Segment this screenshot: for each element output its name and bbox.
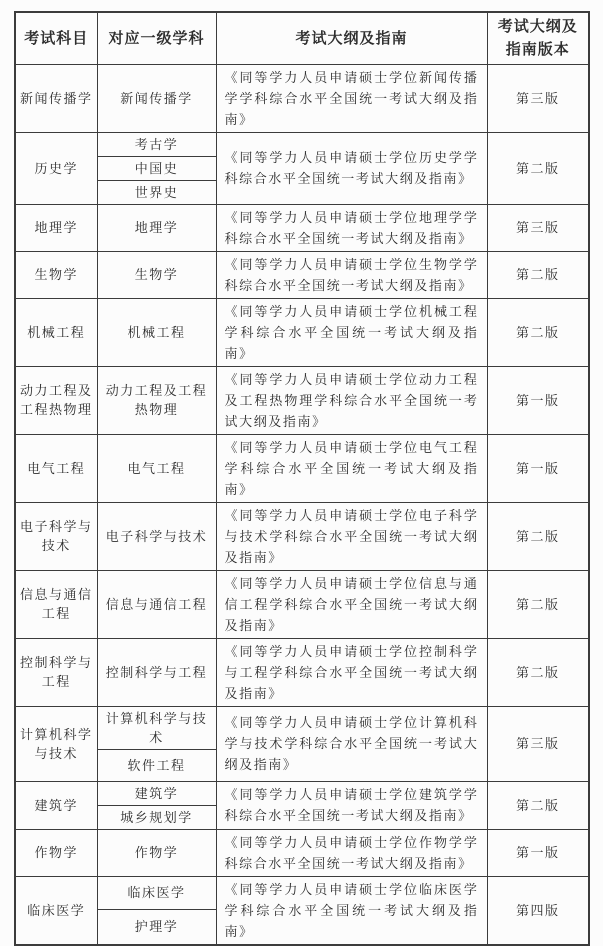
subject-cell: 信息与通信工程 [15, 570, 97, 638]
discipline-cell: 计算机科学与技术 [97, 706, 216, 749]
version-cell: 第二版 [487, 251, 589, 298]
guide-cell: 《同等学力人员申请硕士学位动力工程及工程热物理学科综合水平全国统一考试大纲及指南… [216, 366, 487, 434]
table-row: 历史学 考古学 《同等学力人员申请硕士学位历史学学科综合水平全国统一考试大纲及指… [15, 132, 589, 156]
discipline-cell: 信息与通信工程 [97, 570, 216, 638]
discipline-cell: 建筑学 [97, 781, 216, 805]
table-row: 控制科学与工程 控制科学与工程 《同等学力人员申请硕士学位控制科学与工程学科综合… [15, 638, 589, 706]
subject-cell: 作物学 [15, 829, 97, 876]
guide-cell: 《同等学力人员申请硕士学位生物学学科综合水平全国统一考试大纲及指南》 [216, 251, 487, 298]
discipline-cell: 动力工程及工程热物理 [97, 366, 216, 434]
subject-cell: 动力工程及工程热物理 [15, 366, 97, 434]
subject-cell: 控制科学与工程 [15, 638, 97, 706]
discipline-cell: 城乡规划学 [97, 805, 216, 829]
subject-cell: 新闻传播学 [15, 64, 97, 132]
guide-cell: 《同等学力人员申请硕士学位信息与通信工程学科综合水平全国统一考试大纲及指南》 [216, 570, 487, 638]
subject-cell: 历史学 [15, 132, 97, 204]
table-row: 新闻传播学 新闻传播学 《同等学力人员申请硕士学位新闻传播学学科综合水平全国统一… [15, 64, 589, 132]
guide-cell: 《同等学力人员申请硕士学位作物学学科综合水平全国统一考试大纲及指南》 [216, 829, 487, 876]
header-discipline: 对应一级学科 [97, 12, 216, 64]
version-cell: 第二版 [487, 638, 589, 706]
table-row: 电气工程 电气工程 《同等学力人员申请硕士学位电气工程学科综合水平全国统一考试大… [15, 434, 589, 502]
version-cell: 第二版 [487, 781, 589, 829]
discipline-cell: 作物学 [97, 829, 216, 876]
document-page: 考试科目 对应一级学科 考试大纲及指南 考试大纲及指南版本 新闻传播学 新闻传播… [0, 0, 603, 829]
guide-cell: 《同等学力人员申请硕士学位建筑学学科综合水平全国统一考试大纲及指南》 [216, 781, 487, 829]
discipline-cell: 控制科学与工程 [97, 638, 216, 706]
discipline-cell: 世界史 [97, 180, 216, 204]
subject-cell: 机械工程 [15, 298, 97, 366]
guide-cell: 《同等学力人员申请硕士学位历史学学科综合水平全国统一考试大纲及指南》 [216, 132, 487, 204]
discipline-cell: 地理学 [97, 204, 216, 251]
header-row: 考试科目 对应一级学科 考试大纲及指南 考试大纲及指南版本 [15, 12, 589, 64]
version-cell: 第一版 [487, 434, 589, 502]
subject-cell: 电气工程 [15, 434, 97, 502]
header-exam-subject: 考试科目 [15, 12, 97, 64]
guide-cell: 《同等学力人员申请硕士学位控制科学与工程学科综合水平全国统一考试大纲及指南》 [216, 638, 487, 706]
subject-cell: 临床医学 [15, 876, 97, 945]
guide-cell: 《同等学力人员申请硕士学位机械工程学科综合水平全国统一考试大纲及指南》 [216, 298, 487, 366]
guide-cell: 《同等学力人员申请硕士学位临床医学学科综合水平全国统一考试大纲及指南》 [216, 876, 487, 945]
discipline-cell: 生物学 [97, 251, 216, 298]
discipline-cell: 考古学 [97, 132, 216, 156]
discipline-cell: 中国史 [97, 156, 216, 180]
version-cell: 第二版 [487, 570, 589, 638]
table-row: 电子科学与技术 电子科学与技术 《同等学力人员申请硕士学位电子科学与技术学科综合… [15, 502, 589, 570]
version-cell: 第二版 [487, 502, 589, 570]
header-guide: 考试大纲及指南 [216, 12, 487, 64]
table-row: 作物学 作物学 《同等学力人员申请硕士学位作物学学科综合水平全国统一考试大纲及指… [15, 829, 589, 876]
discipline-cell: 电子科学与技术 [97, 502, 216, 570]
version-cell: 第三版 [487, 706, 589, 781]
discipline-cell: 护理学 [97, 910, 216, 945]
guide-cell: 《同等学力人员申请硕士学位地理学学科综合水平全国统一考试大纲及指南》 [216, 204, 487, 251]
header-version: 考试大纲及指南版本 [487, 12, 589, 64]
discipline-cell: 电气工程 [97, 434, 216, 502]
table-row: 计算机科学与技术 计算机科学与技术 《同等学力人员申请硕士学位计算机科学与技术学… [15, 706, 589, 749]
version-cell: 第二版 [487, 298, 589, 366]
version-cell: 第四版 [487, 876, 589, 945]
subject-cell: 建筑学 [15, 781, 97, 829]
table-row: 机械工程 机械工程 《同等学力人员申请硕士学位机械工程学科综合水平全国统一考试大… [15, 298, 589, 366]
version-cell: 第三版 [487, 64, 589, 132]
table-row: 临床医学 临床医学 《同等学力人员申请硕士学位临床医学学科综合水平全国统一考试大… [15, 876, 589, 910]
version-cell: 第一版 [487, 829, 589, 876]
guide-cell: 《同等学力人员申请硕士学位计算机科学与技术学科综合水平全国统一考试大纲及指南》 [216, 706, 487, 781]
guide-cell: 《同等学力人员申请硕士学位电气工程学科综合水平全国统一考试大纲及指南》 [216, 434, 487, 502]
guide-cell: 《同等学力人员申请硕士学位电子科学与技术学科综合水平全国统一考试大纲及指南》 [216, 502, 487, 570]
table-row: 信息与通信工程 信息与通信工程 《同等学力人员申请硕士学位信息与通信工程学科综合… [15, 570, 589, 638]
subject-cell: 地理学 [15, 204, 97, 251]
version-cell: 第三版 [487, 204, 589, 251]
table-row: 地理学 地理学 《同等学力人员申请硕士学位地理学学科综合水平全国统一考试大纲及指… [15, 204, 589, 251]
subject-cell: 电子科学与技术 [15, 502, 97, 570]
discipline-cell: 软件工程 [97, 749, 216, 781]
table-row: 生物学 生物学 《同等学力人员申请硕士学位生物学学科综合水平全国统一考试大纲及指… [15, 251, 589, 298]
version-cell: 第一版 [487, 366, 589, 434]
subject-cell: 生物学 [15, 251, 97, 298]
discipline-cell: 临床医学 [97, 876, 216, 910]
exam-guide-table: 考试科目 对应一级学科 考试大纲及指南 考试大纲及指南版本 新闻传播学 新闻传播… [14, 11, 590, 946]
table-row: 建筑学 建筑学 《同等学力人员申请硕士学位建筑学学科综合水平全国统一考试大纲及指… [15, 781, 589, 805]
discipline-cell: 机械工程 [97, 298, 216, 366]
subject-cell: 计算机科学与技术 [15, 706, 97, 781]
table-row: 动力工程及工程热物理 动力工程及工程热物理 《同等学力人员申请硕士学位动力工程及… [15, 366, 589, 434]
version-cell: 第二版 [487, 132, 589, 204]
guide-cell: 《同等学力人员申请硕士学位新闻传播学学科综合水平全国统一考试大纲及指南》 [216, 64, 487, 132]
discipline-cell: 新闻传播学 [97, 64, 216, 132]
